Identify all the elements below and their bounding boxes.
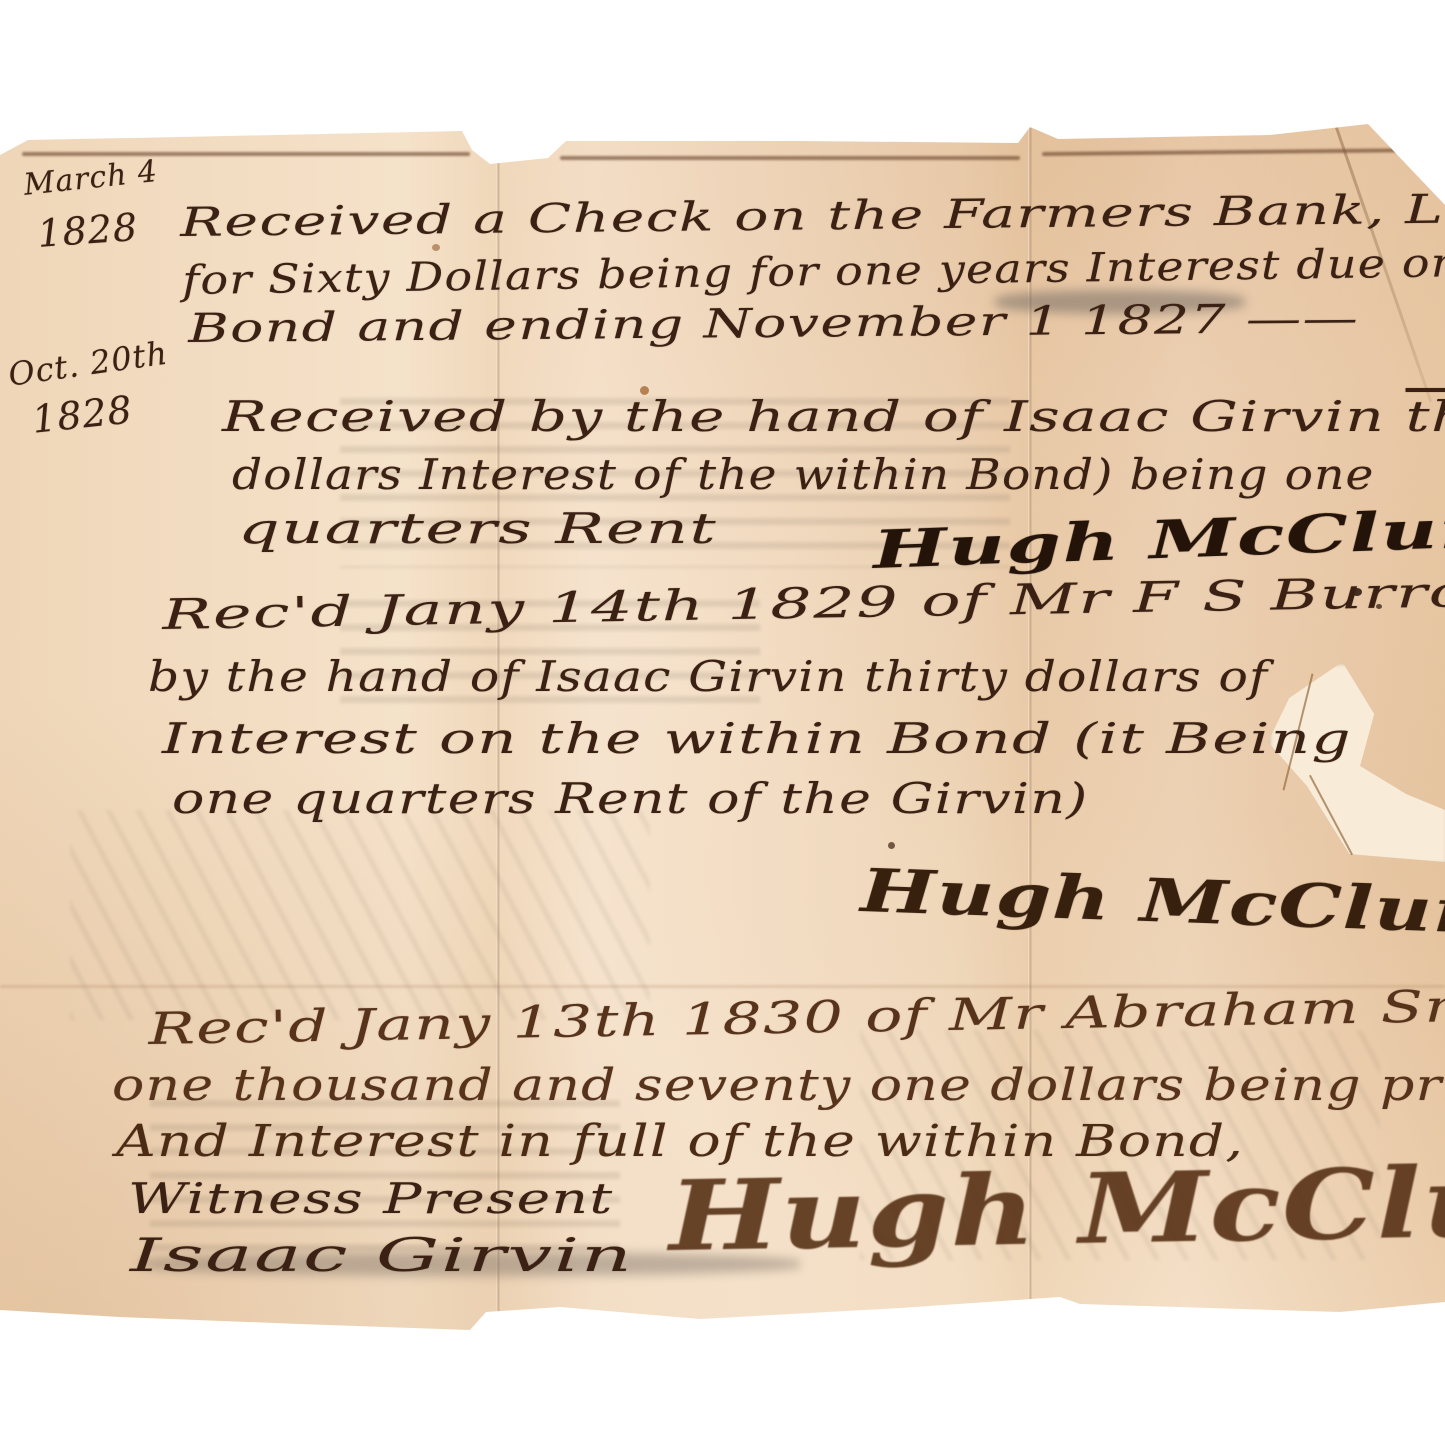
margin-date-year: 1828 [30, 387, 135, 441]
receipt-line: one quarters Rent of the Girvin) [172, 774, 1089, 823]
receipt-line: one thousand and seventy one dollars bei… [112, 1060, 1445, 1111]
bleed-through-writing [70, 810, 650, 1020]
inserted-word: thirty [1406, 392, 1445, 441]
margin-date: Oct. 20th [6, 334, 170, 394]
top-fold-crease [1042, 148, 1434, 156]
receipt-line: Interest on the within Bond (it Being [162, 714, 1352, 763]
receipt-line-text: Received by the hand of Isaac Girvin [222, 392, 1385, 441]
receipt-line: dollars Interest of the within Bond) bei… [232, 450, 1375, 499]
receipt-line: Received by the hand of Isaac Girvin thi… [222, 392, 1445, 441]
receipt-line: Bond and ending November 1 1827 —— [188, 296, 1359, 352]
scanned-document-photo: March 4 1828 Received a Check on the Far… [0, 0, 1445, 1445]
margin-date-year: 1828 [36, 205, 140, 256]
witness-name: Isaac Girvin [130, 1228, 634, 1282]
receipt-line: quarters Rent [238, 504, 717, 553]
receipt-line: Received a Check on the Farmers Bank, La… [180, 184, 1445, 246]
margin-date: March 4 [22, 154, 160, 203]
receipt-line: for Sixty Dollars being for one years In… [182, 239, 1445, 304]
receipt-line: by the hand of Isaac Girvin thirty dolla… [148, 652, 1268, 701]
rust-spot [432, 244, 440, 251]
signature-large-faded: Hugh McClung [668, 1142, 1445, 1273]
aged-paper-sheet: March 4 1828 Received a Check on the Far… [0, 0, 1445, 1445]
witness-label: Witness Present [128, 1174, 614, 1223]
signature: Hugh McClung [860, 856, 1445, 950]
top-fold-crease [560, 156, 1020, 160]
receipt-line: Rec'd Jany 14th 1829 of Mr F S Burrowes [162, 565, 1445, 639]
ink-spot [888, 842, 895, 849]
top-fold-crease [22, 152, 470, 156]
